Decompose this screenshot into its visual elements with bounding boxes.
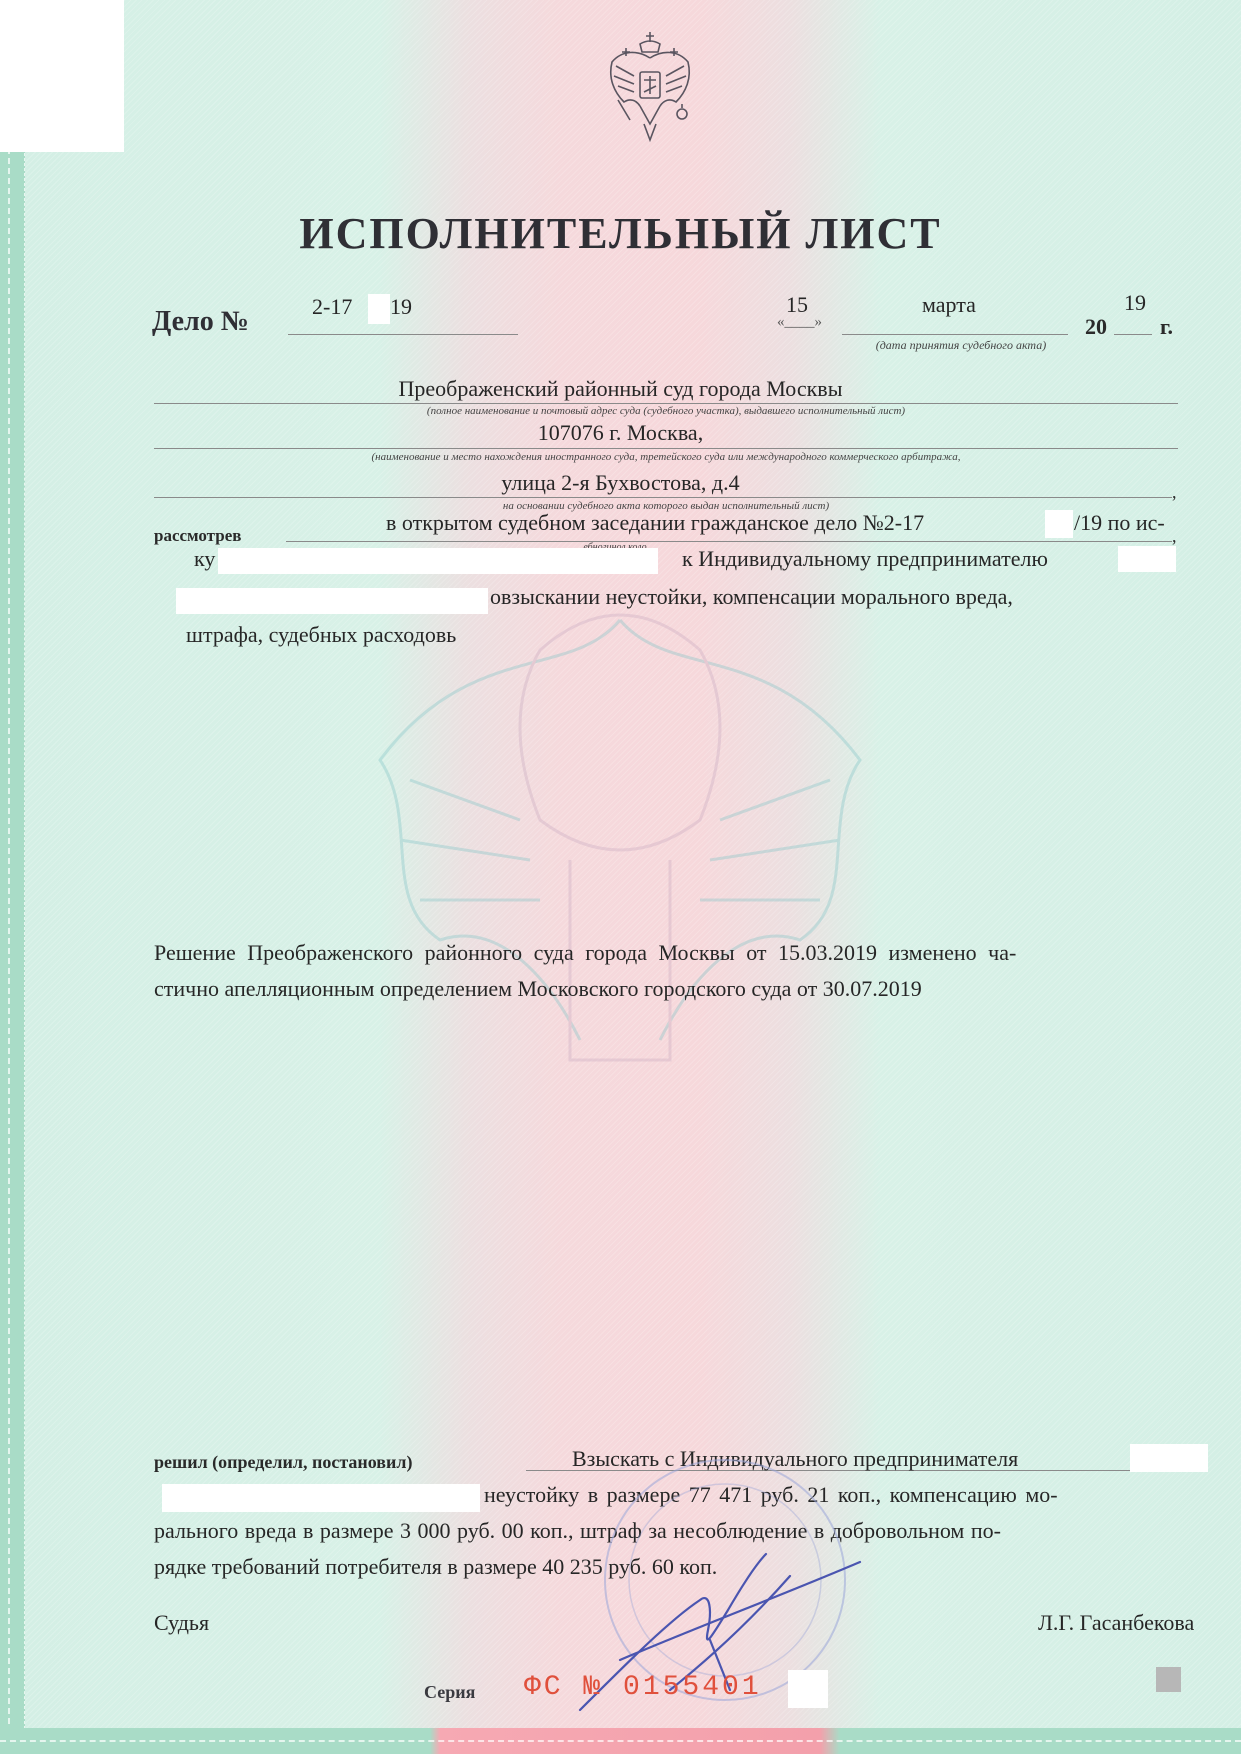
date-hint: (дата принятия судебного акта) — [850, 338, 1072, 353]
address-hint: (наименование и место нахождения иностра… — [154, 451, 1178, 463]
judge-name: Л.Г. Гасанбекова — [1038, 1610, 1194, 1636]
considered-line2-start: ку — [194, 546, 215, 572]
considered-line3: овзыскании неустойки, компенсации мораль… — [490, 584, 1013, 610]
month-underline — [842, 334, 1068, 335]
court-name-hint: (полное наименование и почтовый адрес су… — [154, 405, 1178, 417]
redaction-block — [1045, 510, 1073, 538]
redaction-block — [0, 0, 124, 152]
redaction-block — [1130, 1444, 1208, 1472]
gray-marker-square — [1156, 1667, 1181, 1692]
considered-line1-end: /19 по ис- — [1074, 510, 1165, 536]
decision-day: 15 — [786, 292, 808, 318]
amendment-line1: Решение Преображенского районного суда г… — [154, 940, 1016, 966]
decision-month: марта — [922, 292, 976, 318]
redaction-block — [162, 1484, 480, 1512]
court-name: Преображенский районный суд города Москв… — [0, 376, 1241, 402]
case-number-prefix: 2-17 — [312, 294, 352, 320]
amendment-line2: стично апелляционным определением Москов… — [154, 976, 922, 1002]
court-name-underline — [154, 403, 1178, 404]
considered-line2-mid: к Индивидуальному предпринимателю — [682, 546, 1048, 572]
address2-underline — [154, 497, 1172, 498]
decision-year: 19 — [1124, 290, 1146, 316]
considered-label: рассмотрев — [154, 526, 241, 546]
redaction-block — [176, 588, 488, 614]
court-address-line1: 107076 г. Москва, — [0, 420, 1241, 446]
series-label: Серия — [424, 1682, 475, 1703]
considered-line1: в открытом судебном заседании гражданско… — [386, 510, 924, 536]
redaction-block — [218, 548, 658, 574]
decision-label: решил (определил, постановил) — [154, 1452, 413, 1473]
year-underline — [1114, 334, 1152, 335]
series-number: ФС № 0155401 — [524, 1672, 762, 1703]
russian-coat-of-arms-icon — [600, 28, 700, 153]
year-prefix: 20 — [1085, 314, 1107, 340]
year-suffix: г. — [1160, 314, 1173, 340]
considered-underline — [286, 541, 1172, 542]
judge-label: Судья — [154, 1610, 209, 1636]
case-number-label: Дело № — [152, 306, 249, 338]
redaction-block — [788, 1670, 828, 1708]
case-number-suffix: 19 — [390, 294, 412, 320]
considered-comma: , — [1172, 526, 1177, 547]
case-number-underline — [288, 334, 518, 335]
document-title: ИСПОЛНИТЕЛЬНЫЙ ЛИСТ — [0, 208, 1241, 259]
address-underline — [154, 448, 1178, 449]
redaction-block — [368, 294, 390, 324]
court-address-line2: улица 2-я Бухвостова, д.4 — [0, 470, 1241, 496]
redaction-block — [1118, 546, 1176, 572]
considered-line4: штрафа, судебных расходовь — [186, 622, 456, 648]
